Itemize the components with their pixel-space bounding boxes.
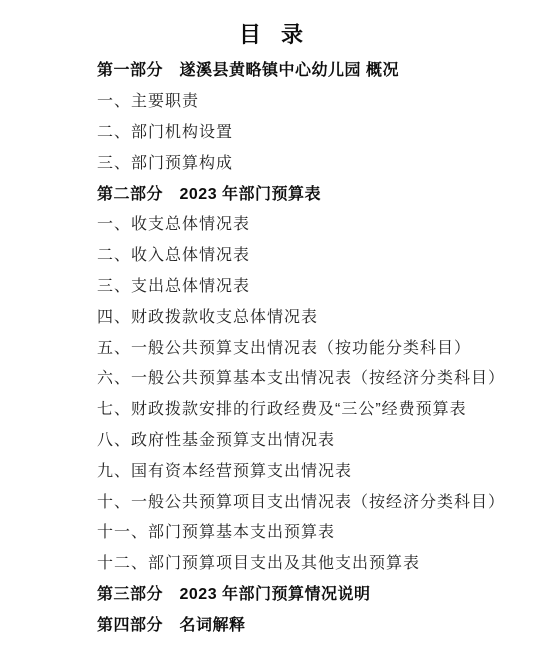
toc-item: 六、一般公共预算基本支出情况表（按经济分类科目） xyxy=(97,364,536,395)
toc-heading-part3: 第三部分 2023 年部门预算情况说明 xyxy=(97,580,536,611)
toc-item: 八、政府性基金预算支出情况表 xyxy=(97,426,536,457)
toc-item: 十二、部门预算项目支出及其他支出预算表 xyxy=(97,549,536,580)
toc-item: 二、收入总体情况表 xyxy=(97,241,536,272)
toc-item: 三、支出总体情况表 xyxy=(97,272,536,303)
toc-item: 三、部门预算构成 xyxy=(97,148,536,179)
toc-item: 九、国有资本经营预算支出情况表 xyxy=(97,456,536,487)
toc-item: 十一、部门预算基本支出预算表 xyxy=(97,518,536,549)
toc-item: 二、部门机构设置 xyxy=(97,118,536,149)
toc-heading-part1: 第一部分 遂溪县黄略镇中心幼儿园 概况 xyxy=(97,56,536,87)
toc-item: 一、主要职责 xyxy=(97,87,536,118)
toc-item: 四、财政拨款收支总体情况表 xyxy=(97,302,536,333)
toc-item: 一、收支总体情况表 xyxy=(97,210,536,241)
toc-item: 十、一般公共预算项目支出情况表（按经济分类科目） xyxy=(97,487,536,518)
toc-item: 五、一般公共预算支出情况表（按功能分类科目） xyxy=(97,333,536,364)
toc-heading-part4: 第四部分 名词解释 xyxy=(97,610,536,641)
document-page: 目 录 第一部分 遂溪县黄略镇中心幼儿园 概况 一、主要职责 二、部门机构设置 … xyxy=(0,0,544,652)
toc-item: 七、财政拨款安排的行政经费及“三公”经费预算表 xyxy=(97,395,536,426)
table-of-contents: 第一部分 遂溪县黄略镇中心幼儿园 概况 一、主要职责 二、部门机构设置 三、部门… xyxy=(97,56,536,641)
page-title: 目 录 xyxy=(0,22,544,48)
toc-heading-part2: 第二部分 2023 年部门预算表 xyxy=(97,179,536,210)
